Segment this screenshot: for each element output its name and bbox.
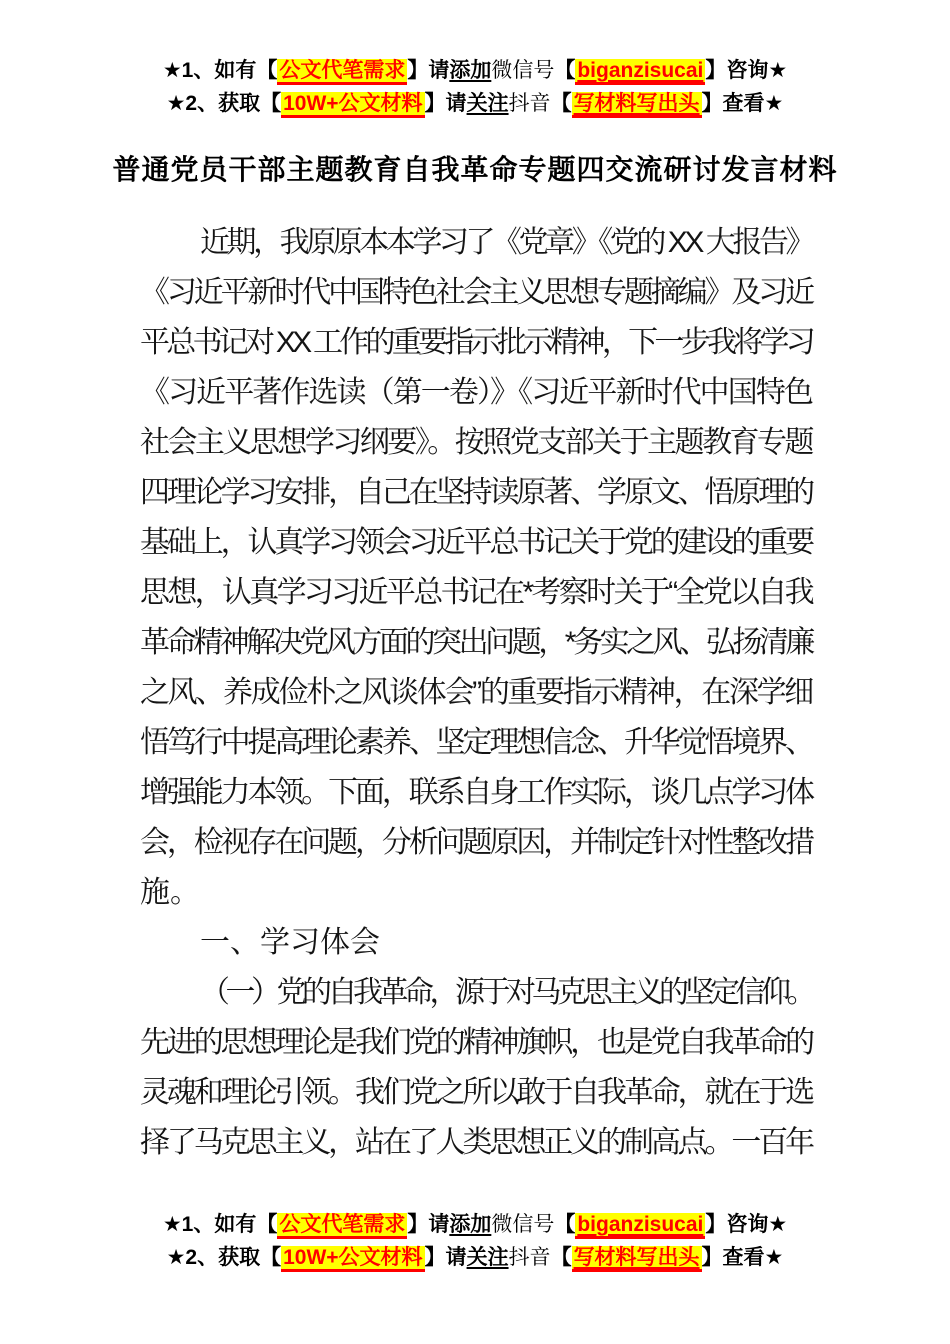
promo-banner-bottom: ★1、如有【公文代笔需求】请添加微信号【biganzisucai】咨询★ ★2、… xyxy=(0,1208,950,1274)
body-line: 之风、养成俭朴之风谈体会”的重要指示精神，在深学细 xyxy=(140,668,812,718)
promo-wechat-id: biganzisucai xyxy=(575,1213,705,1239)
body-line: 择了马克思主义，站在了人类思想正义的制高点。一百年 xyxy=(140,1118,812,1168)
promo-text: 抖音 xyxy=(509,1246,551,1269)
body-line: 会，检视存在问题，分析问题原因，并制定针对性整改措 xyxy=(140,818,812,868)
page-title: 普通党员干部主题教育自我革命专题四交流研讨发言材料 xyxy=(60,150,890,190)
body-line: 社会主义思想学习纲要》。按照党支部关于主题教育专题 xyxy=(140,418,812,468)
promo-action-follow: 关注 xyxy=(467,1246,509,1269)
body-line: 革命精神解决党风方面的突出问题，*务实之风、弘扬清廉 xyxy=(140,618,812,668)
section-heading: 一、学习体会 xyxy=(140,918,812,968)
promo-text: ★2、获取【 xyxy=(167,1246,282,1269)
body-line: 平总书记对 XX 工作的重要指示批示精神，下一步我将学习 xyxy=(140,318,812,368)
body-line: 近期，我原原本本学习了《党章》《党的 XX 大报告》 xyxy=(140,218,812,268)
promo-wechat-id: biganzisucai xyxy=(575,59,705,85)
promo-text: 】咨询★ xyxy=(705,1213,787,1236)
document-body: 近期，我原原本本学习了《党章》《党的 XX 大报告》 《习近平新时代中国特色社会… xyxy=(140,218,812,1168)
promo-highlight-materials: 10W+公文材料 xyxy=(281,92,424,118)
promo-text: 微信号 xyxy=(491,59,554,82)
promo-text: 【 xyxy=(554,1213,575,1236)
body-line: （一）党的自我革命，源于对马克思主义的坚定信仰。 xyxy=(140,968,812,1018)
promo-line-1: ★1、如有【公文代笔需求】请添加微信号【biganzisucai】咨询★ xyxy=(0,54,950,87)
document-page: ★1、如有【公文代笔需求】请添加微信号【biganzisucai】咨询★ ★2、… xyxy=(0,0,950,1344)
body-line: 思想，认真学习习近平总书记在*考察时关于“全党以自我 xyxy=(140,568,812,618)
promo-line-2: ★2、获取【10W+公文材料】请关注抖音【写材料写出头】查看★ xyxy=(0,1241,950,1274)
promo-action-add: 添加 xyxy=(449,59,491,82)
promo-text: 【 xyxy=(551,92,572,115)
promo-text: 】查看★ xyxy=(702,92,784,115)
promo-text: 【 xyxy=(551,1246,572,1269)
promo-text: ★1、如有【 xyxy=(163,1213,278,1236)
promo-line-1: ★1、如有【公文代笔需求】请添加微信号【biganzisucai】咨询★ xyxy=(0,1208,950,1241)
promo-text: 】请 xyxy=(407,1213,449,1236)
promo-text: 【 xyxy=(554,59,575,82)
promo-text: 】咨询★ xyxy=(705,59,787,82)
body-line: 《习近平著作选读（第一卷）》《习近平新时代中国特色 xyxy=(140,368,812,418)
body-line: 四理论学习安排，自己在坚持读原著、学原文、悟原理的 xyxy=(140,468,812,518)
body-line: 《习近平新时代中国特色社会主义思想专题摘编》及习近 xyxy=(140,268,812,318)
promo-douyin-id: 写材料写出头 xyxy=(572,92,702,118)
promo-text: 抖音 xyxy=(509,92,551,115)
promo-text: 】请 xyxy=(425,92,467,115)
promo-highlight-writing-service: 公文代笔需求 xyxy=(277,59,407,85)
body-line: 灵魂和理论引领。我们党之所以敢于自我革命，就在于选 xyxy=(140,1068,812,1118)
promo-line-2: ★2、获取【10W+公文材料】请关注抖音【写材料写出头】查看★ xyxy=(0,87,950,120)
promo-text: ★2、获取【 xyxy=(167,92,282,115)
body-line: 增强能力本领。下面，联系自身工作实际，谈几点学习体 xyxy=(140,768,812,818)
promo-banner-top: ★1、如有【公文代笔需求】请添加微信号【biganzisucai】咨询★ ★2、… xyxy=(0,0,950,120)
promo-action-follow: 关注 xyxy=(467,92,509,115)
body-line: 先进的思想理论是我们党的精神旗帜，也是党自我革命的 xyxy=(140,1018,812,1068)
promo-highlight-materials: 10W+公文材料 xyxy=(281,1246,424,1272)
body-line: 基础上，认真学习领会习近平总书记关于党的建设的重要 xyxy=(140,518,812,568)
promo-highlight-writing-service: 公文代笔需求 xyxy=(277,1213,407,1239)
body-line: 悟笃行中提高理论素养、坚定理想信念、升华觉悟境界、 xyxy=(140,718,812,768)
body-line: 施。 xyxy=(140,868,812,918)
promo-text: 】请 xyxy=(425,1246,467,1269)
promo-text: 】查看★ xyxy=(702,1246,784,1269)
promo-text: 微信号 xyxy=(491,1213,554,1236)
promo-text: 】请 xyxy=(407,59,449,82)
promo-douyin-id: 写材料写出头 xyxy=(572,1246,702,1272)
promo-action-add: 添加 xyxy=(449,1213,491,1236)
promo-text: ★1、如有【 xyxy=(163,59,278,82)
